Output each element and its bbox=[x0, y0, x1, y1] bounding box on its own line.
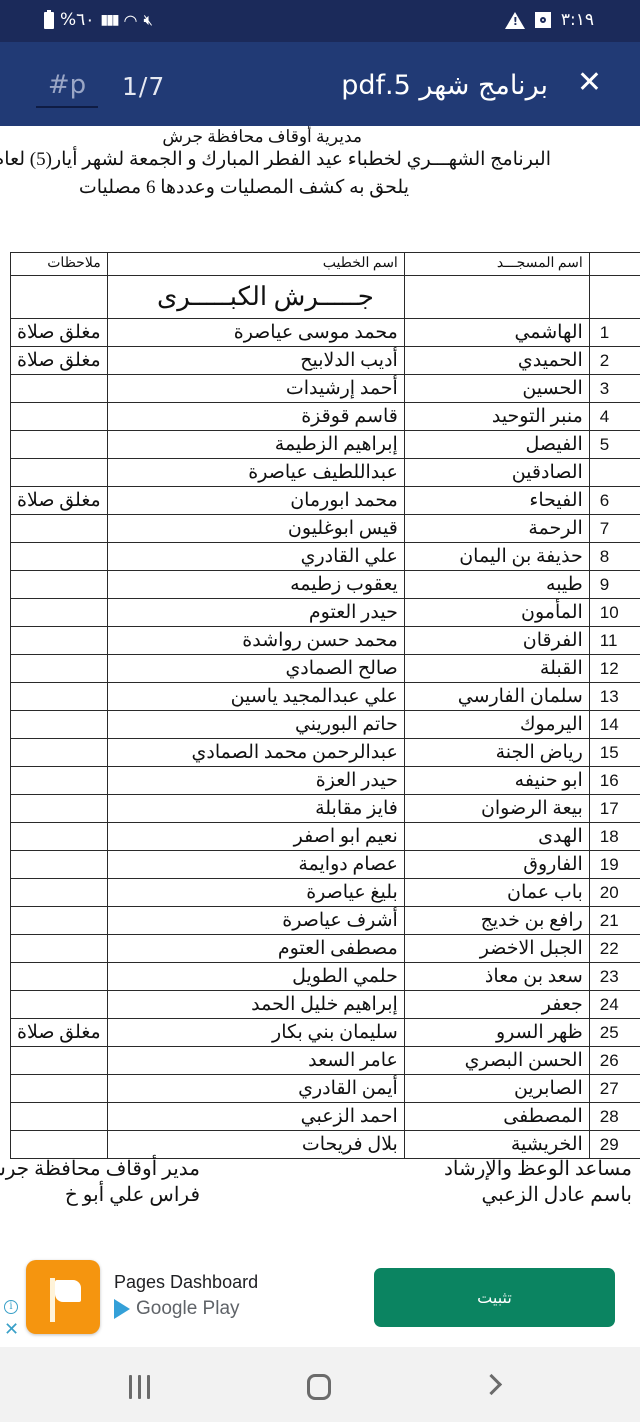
table-row: 4منبر التوحيدقاسم قوقزة bbox=[11, 403, 640, 431]
row-notes bbox=[11, 459, 108, 487]
signature-director: مدير أوقاف محافظة جرش فراس علي أبو خ bbox=[0, 1156, 200, 1208]
row-number: 10 bbox=[589, 599, 640, 627]
table-row: 7الرحمةقيس ابوغليون bbox=[11, 515, 640, 543]
table-row: 16ابو حنيفهحيدر العزة bbox=[11, 767, 640, 795]
khatib-name: أحمد إرشيدات bbox=[107, 375, 404, 403]
row-notes bbox=[11, 403, 108, 431]
mosque-name: الهدى bbox=[404, 823, 589, 851]
header-num bbox=[589, 253, 640, 276]
table-row: 28المصطفىاحمد الزعبي bbox=[11, 1103, 640, 1131]
battery-percent: %٦٠ bbox=[60, 10, 94, 30]
table-row: 5الفيصلإبراهيم الزطيمة bbox=[11, 431, 640, 459]
mosque-name: طيبه bbox=[404, 571, 589, 599]
ad-app-title[interactable]: Pages Dashboard bbox=[114, 1272, 258, 1293]
row-notes bbox=[11, 627, 108, 655]
khatib-name: محمد حسن رواشدة bbox=[107, 627, 404, 655]
table-row: 19الفاروقعصام دوايمة bbox=[11, 851, 640, 879]
table-row: الصادقينعبداللطيف عياصرة bbox=[11, 459, 640, 487]
row-number: 2 bbox=[589, 347, 640, 375]
table-row: 23سعد بن معاذحلمي الطويل bbox=[11, 963, 640, 991]
row-notes bbox=[11, 1047, 108, 1075]
mosque-name: الفرقان bbox=[404, 627, 589, 655]
row-notes bbox=[11, 375, 108, 403]
khatib-name: علي عبدالمجيد ياسين bbox=[107, 683, 404, 711]
table-row: 29الخريشيةبلال فريحات bbox=[11, 1131, 640, 1159]
ad-store: Google Play bbox=[114, 1298, 240, 1320]
row-number: 13 bbox=[589, 683, 640, 711]
signature-director-name: فراس علي أبو خ bbox=[0, 1182, 200, 1208]
doc-header-directorate: مديرية أوقاف محافظة جرش bbox=[162, 128, 362, 146]
row-notes bbox=[11, 543, 108, 571]
table-row: 11الفرقانمحمد حسن رواشدة bbox=[11, 627, 640, 655]
header-notes: ملاحظات bbox=[11, 253, 108, 276]
page-indicator: 1/7 bbox=[122, 72, 165, 101]
mosque-name: ظهر السرو bbox=[404, 1019, 589, 1047]
signature-assistant-name: باسم عادل الزعبي bbox=[444, 1182, 632, 1208]
row-notes bbox=[11, 431, 108, 459]
table-row: 1الهاشميمحمد موسى عياصرةمغلق صلاة bbox=[11, 319, 640, 347]
khatib-name: نعيم ابو اصفر bbox=[107, 823, 404, 851]
table-row: 22الجبل الاخضرمصطفى العتوم bbox=[11, 935, 640, 963]
table-header-row: اسم المسجـــد اسم الخطيب ملاحظات bbox=[11, 253, 640, 276]
khatib-name: حيدر العتوم bbox=[107, 599, 404, 627]
khatib-name: عصام دوايمة bbox=[107, 851, 404, 879]
table-row: 9طيبهيعقوب زطيمه bbox=[11, 571, 640, 599]
table-row: 25ظهر السروسليمان بني بكارمغلق صلاة bbox=[11, 1019, 640, 1047]
mosque-name: المأمون bbox=[404, 599, 589, 627]
table-row: 15رياض الجنةعبدالرحمن محمد الصمادي bbox=[11, 739, 640, 767]
navigation-bar bbox=[0, 1347, 640, 1422]
mosque-name: الرحمة bbox=[404, 515, 589, 543]
row-number: 6 bbox=[589, 487, 640, 515]
page-number-input[interactable]: #p bbox=[36, 68, 98, 108]
row-notes bbox=[11, 823, 108, 851]
mosque-name: الفيصل bbox=[404, 431, 589, 459]
status-bar: %٦٠ ▮▮▮ ◠ 🔇︎ ! ٣:١٩ bbox=[0, 0, 640, 42]
ad-close-icon[interactable]: ✕ bbox=[4, 1322, 19, 1338]
app-flag-icon[interactable] bbox=[26, 1260, 100, 1334]
khatib-name: عبداللطيف عياصرة bbox=[107, 459, 404, 487]
row-notes bbox=[11, 1103, 108, 1131]
khatib-name: عامر السعد bbox=[107, 1047, 404, 1075]
mosque-name: الصادقين bbox=[404, 459, 589, 487]
table-row: 3الحسينأحمد إرشيدات bbox=[11, 375, 640, 403]
khatib-name: فايز مقابلة bbox=[107, 795, 404, 823]
status-right: ! ٣:١٩ bbox=[505, 10, 594, 30]
close-icon[interactable]: ✕ bbox=[577, 68, 602, 98]
row-number: 21 bbox=[589, 907, 640, 935]
signature-assistant: مساعد الوعظ والإرشاد باسم عادل الزعبي bbox=[444, 1156, 632, 1208]
signal-icon: ▮▮▮ bbox=[100, 12, 117, 28]
table-row: 8حذيفة بن اليمانعلي القادري bbox=[11, 543, 640, 571]
battery-charging-icon bbox=[44, 12, 54, 29]
khatib-name: علي القادري bbox=[107, 543, 404, 571]
row-number bbox=[589, 459, 640, 487]
mosque-name: سعد بن معاذ bbox=[404, 963, 589, 991]
khatib-name: إبراهيم الزطيمة bbox=[107, 431, 404, 459]
warning-icon: ! bbox=[505, 12, 525, 29]
row-number: 17 bbox=[589, 795, 640, 823]
khatib-name: أشرف عياصرة bbox=[107, 907, 404, 935]
khatib-name: مصطفى العتوم bbox=[107, 935, 404, 963]
google-play-icon bbox=[114, 1299, 130, 1319]
mosque-name: المصطفى bbox=[404, 1103, 589, 1131]
mosque-name: جعفر bbox=[404, 991, 589, 1019]
row-number: 24 bbox=[589, 991, 640, 1019]
row-notes bbox=[11, 655, 108, 683]
mosque-name: سلمان الفارسي bbox=[404, 683, 589, 711]
row-notes: مغلق صلاة bbox=[11, 487, 108, 515]
table-row: 14اليرموكحاتم البوريني bbox=[11, 711, 640, 739]
khatib-name: عبدالرحمن محمد الصمادي bbox=[107, 739, 404, 767]
doc-header-program: البرنامج الشهـــري لخطباء عيد الفطر المب… bbox=[0, 148, 551, 171]
mosque-name: الخريشية bbox=[404, 1131, 589, 1159]
khatib-name: بلال فريحات bbox=[107, 1131, 404, 1159]
khatib-name: يعقوب زطيمه bbox=[107, 571, 404, 599]
ad-info-icon[interactable]: i bbox=[4, 1300, 18, 1314]
table-row: 26الحسن البصريعامر السعد bbox=[11, 1047, 640, 1075]
khatib-name: سليمان بني بكار bbox=[107, 1019, 404, 1047]
khatib-name: أيمن القادري bbox=[107, 1075, 404, 1103]
mosque-name: رياض الجنة bbox=[404, 739, 589, 767]
table-row: 10المأمونحيدر العتوم bbox=[11, 599, 640, 627]
khatib-name: احمد الزعبي bbox=[107, 1103, 404, 1131]
mosque-name: منبر التوحيد bbox=[404, 403, 589, 431]
region-label: جـــــرش الكبـــــرى bbox=[107, 276, 404, 319]
app-bar: ✕ برنامج شهر 5.pdf 1/7 #p bbox=[0, 42, 640, 126]
row-number: 19 bbox=[589, 851, 640, 879]
khatib-name: إبراهيم خليل الحمد bbox=[107, 991, 404, 1019]
mosque-name: الجبل الاخضر bbox=[404, 935, 589, 963]
row-notes bbox=[11, 991, 108, 1019]
row-notes bbox=[11, 963, 108, 991]
document-title: برنامج شهر 5.pdf bbox=[341, 70, 548, 101]
row-notes bbox=[11, 907, 108, 935]
row-number: 20 bbox=[589, 879, 640, 907]
pdf-page[interactable]: مديرية أوقاف محافظة جرش البرنامج الشهـــ… bbox=[0, 126, 640, 1250]
mosque-name: الفيحاء bbox=[404, 487, 589, 515]
row-number: 4 bbox=[589, 403, 640, 431]
khatib-name: صالح الصمادي bbox=[107, 655, 404, 683]
row-notes bbox=[11, 1075, 108, 1103]
khatib-name: حلمي الطويل bbox=[107, 963, 404, 991]
row-number: 7 bbox=[589, 515, 640, 543]
row-number: 29 bbox=[589, 1131, 640, 1159]
table-row: 20باب عمانبليغ عياصرة bbox=[11, 879, 640, 907]
khatib-name: حيدر العزة bbox=[107, 767, 404, 795]
recent-apps-icon[interactable] bbox=[129, 1375, 150, 1399]
row-notes bbox=[11, 935, 108, 963]
row-notes bbox=[11, 683, 108, 711]
khatib-name: محمد موسى عياصرة bbox=[107, 319, 404, 347]
row-number: 8 bbox=[589, 543, 640, 571]
back-icon[interactable] bbox=[481, 1374, 502, 1395]
home-icon[interactable] bbox=[307, 1374, 331, 1400]
table-row: 17بيعة الرضوانفايز مقابلة bbox=[11, 795, 640, 823]
schedule-table: اسم المسجـــد اسم الخطيب ملاحظات جـــــر… bbox=[10, 252, 640, 1159]
mute-icon: 🔇︎ bbox=[144, 11, 153, 29]
mosque-name: باب عمان bbox=[404, 879, 589, 907]
mosque-name: بيعة الرضوان bbox=[404, 795, 589, 823]
row-notes bbox=[11, 879, 108, 907]
row-notes bbox=[11, 851, 108, 879]
row-number: 26 bbox=[589, 1047, 640, 1075]
khatib-name: قاسم قوقزة bbox=[107, 403, 404, 431]
wifi-icon: ◠ bbox=[124, 11, 138, 30]
status-left: %٦٠ ▮▮▮ ◠ 🔇︎ bbox=[44, 10, 153, 30]
mosque-name: رافع بن خديج bbox=[404, 907, 589, 935]
ad-banner[interactable]: i ✕ Pages Dashboard Google Play تثبيت bbox=[0, 1250, 640, 1347]
mosque-name: الهاشمي bbox=[404, 319, 589, 347]
mosque-name: الصابرين bbox=[404, 1075, 589, 1103]
row-number: 14 bbox=[589, 711, 640, 739]
row-notes bbox=[11, 571, 108, 599]
row-number: 5 bbox=[589, 431, 640, 459]
row-notes: مغلق صلاة bbox=[11, 319, 108, 347]
row-notes bbox=[11, 767, 108, 795]
table-row: 24جعفرإبراهيم خليل الحمد bbox=[11, 991, 640, 1019]
row-number: 27 bbox=[589, 1075, 640, 1103]
doc-header-attachment: يلحق به كشف المصليات وعددها 6 مصليات bbox=[79, 176, 409, 199]
row-number: 11 bbox=[589, 627, 640, 655]
row-number: 18 bbox=[589, 823, 640, 851]
row-number: 23 bbox=[589, 963, 640, 991]
mosque-name: الحميدي bbox=[404, 347, 589, 375]
table-row: 2الحميديأديب الدلابيحمغلق صلاة bbox=[11, 347, 640, 375]
clock: ٣:١٩ bbox=[561, 10, 594, 30]
table-row: 6الفيحاءمحمد ابورمانمغلق صلاة bbox=[11, 487, 640, 515]
khatib-name: حاتم البوريني bbox=[107, 711, 404, 739]
signature-assistant-role: مساعد الوعظ والإرشاد bbox=[444, 1156, 632, 1182]
row-number: 12 bbox=[589, 655, 640, 683]
row-number: 28 bbox=[589, 1103, 640, 1131]
table-row: 18الهدىنعيم ابو اصفر bbox=[11, 823, 640, 851]
row-number: 9 bbox=[589, 571, 640, 599]
khatib-name: محمد ابورمان bbox=[107, 487, 404, 515]
screenshot-icon bbox=[535, 12, 551, 28]
row-notes bbox=[11, 795, 108, 823]
row-notes bbox=[11, 515, 108, 543]
table-row: 12القبلةصالح الصمادي bbox=[11, 655, 640, 683]
table-row: 13سلمان الفارسيعلي عبدالمجيد ياسين bbox=[11, 683, 640, 711]
row-number: 16 bbox=[589, 767, 640, 795]
mosque-name: حذيفة بن اليمان bbox=[404, 543, 589, 571]
row-number: 15 bbox=[589, 739, 640, 767]
row-notes bbox=[11, 599, 108, 627]
row-notes bbox=[11, 739, 108, 767]
mosque-name: الحسين bbox=[404, 375, 589, 403]
table-row: 27الصابرينأيمن القادري bbox=[11, 1075, 640, 1103]
row-notes: مغلق صلاة bbox=[11, 1019, 108, 1047]
install-button[interactable]: تثبيت bbox=[374, 1268, 615, 1327]
header-khatib: اسم الخطيب bbox=[107, 253, 404, 276]
mosque-name: ابو حنيفه bbox=[404, 767, 589, 795]
mosque-name: الحسن البصري bbox=[404, 1047, 589, 1075]
khatib-name: قيس ابوغليون bbox=[107, 515, 404, 543]
row-notes bbox=[11, 711, 108, 739]
khatib-name: بليغ عياصرة bbox=[107, 879, 404, 907]
ad-store-label: Google Play bbox=[136, 1298, 240, 1320]
row-notes bbox=[11, 1131, 108, 1159]
row-number: 25 bbox=[589, 1019, 640, 1047]
khatib-name: أديب الدلابيح bbox=[107, 347, 404, 375]
mosque-name: القبلة bbox=[404, 655, 589, 683]
signature-director-role: مدير أوقاف محافظة جرش bbox=[0, 1156, 200, 1182]
region-row: جـــــرش الكبـــــرى bbox=[11, 276, 640, 319]
row-number: 3 bbox=[589, 375, 640, 403]
row-number: 22 bbox=[589, 935, 640, 963]
header-mosque: اسم المسجـــد bbox=[404, 253, 589, 276]
table-row: 21رافع بن خديجأشرف عياصرة bbox=[11, 907, 640, 935]
mosque-name: الفاروق bbox=[404, 851, 589, 879]
row-number: 1 bbox=[589, 319, 640, 347]
row-notes: مغلق صلاة bbox=[11, 347, 108, 375]
mosque-name: اليرموك bbox=[404, 711, 589, 739]
